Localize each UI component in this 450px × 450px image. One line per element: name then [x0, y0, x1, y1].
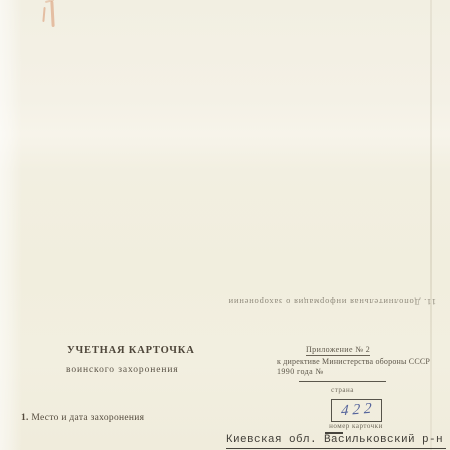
document-title: УЧЕТНАЯ КАРТОЧКА [67, 345, 195, 356]
reverse-side-showthrough-text: 11. Дополнительная информация о захороне… [212, 297, 436, 307]
paper-crease [430, 0, 432, 450]
annex-reference-line2: к директиве Министерства обороны СССР [277, 357, 430, 366]
section-1-number: 1. [21, 413, 29, 423]
annex-reference-line1: Приложение № 2 [306, 345, 370, 356]
country-label: страна [299, 386, 386, 394]
card-number-handwritten-value: 422 [337, 400, 375, 420]
document-subtitle: воинского захоронения [66, 365, 179, 375]
section-1-heading: 1. Место и дата захоронения [21, 413, 144, 423]
burial-location-typed-value: Киевская обл. Васильковский р-н [226, 434, 446, 449]
card-number-box: 422 [331, 399, 382, 422]
scanned-document-page: 11. Дополнительная информация о захороне… [0, 0, 450, 450]
country-fill-line [299, 381, 386, 382]
card-number-label: номер карточки [306, 422, 406, 430]
section-1-label: Место и дата захоронения [31, 413, 144, 423]
pen-mark-stroke [42, 7, 45, 22]
pen-mark-stroke [50, 1, 54, 27]
annex-reference-line3: 1990 года № [277, 367, 324, 376]
